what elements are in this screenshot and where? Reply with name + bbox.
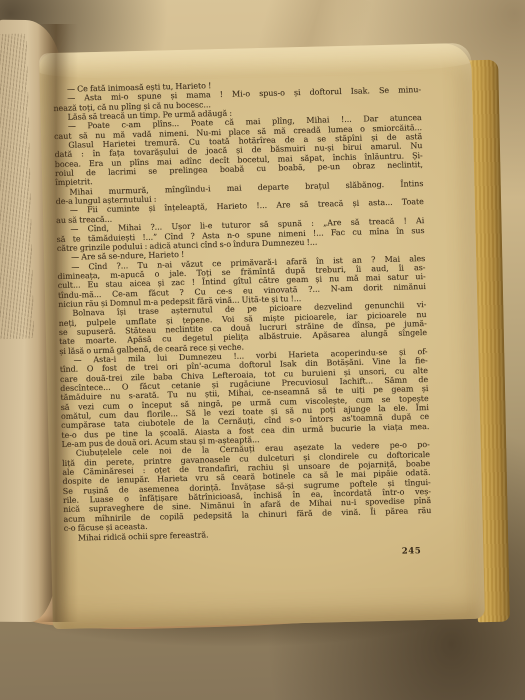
- right-page: — Ce fată inimoasă ești tu, Harieto !— A…: [39, 43, 485, 629]
- page-text-block: — Ce fată inimoasă ești tu, Harieto !— A…: [53, 76, 432, 543]
- page-number: 245: [402, 546, 422, 556]
- photo-scene: — Ce fată inimoasă ești tu, Harieto !— A…: [0, 0, 525, 700]
- left-page-text-lines: [0, 33, 34, 339]
